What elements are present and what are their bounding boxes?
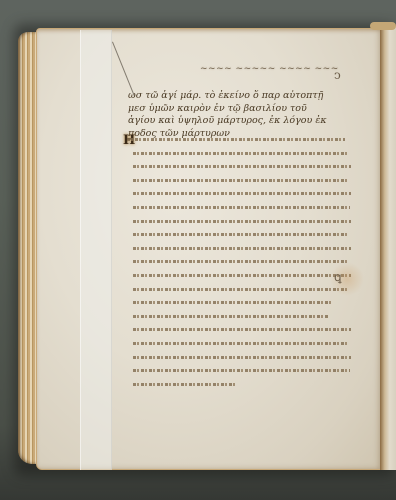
text-line — [133, 352, 353, 366]
next-page-corner — [370, 22, 396, 30]
text-line — [133, 284, 353, 298]
title-line: ἁγίου καὶ ὑψηλοῦ μάρτυρος, ἐκ λόγου ἐκ — [128, 115, 352, 128]
text-line — [133, 175, 353, 189]
text-line — [133, 202, 353, 216]
title-line: μεσ ὑμῶν καιρὸν ἐν τῷ βασιλίου τοῦ — [128, 103, 352, 116]
text-line — [133, 365, 353, 379]
text-line — [133, 243, 353, 257]
running-heading: ~~~~ ~~~~~ ~~~~ ~~~ ~ — [200, 64, 340, 74]
text-line — [133, 148, 353, 162]
text-line — [133, 229, 353, 243]
title-block: ωσ τῶ ἁγί μάρ. τὸ ἐκείνο ὅ παρ αὐτοπτῇ μ… — [128, 90, 352, 140]
text-line — [133, 216, 353, 230]
heading-ornament-icon: ↄ — [334, 68, 341, 82]
text-line — [133, 161, 353, 175]
text-line — [133, 379, 353, 393]
text-line — [133, 324, 353, 338]
text-line — [133, 338, 353, 352]
text-line — [133, 188, 353, 202]
text-line — [133, 297, 353, 311]
marginal-mark-icon: ꝗ — [334, 270, 354, 288]
binding-gutter — [380, 26, 396, 470]
text-line — [133, 134, 353, 148]
title-line: ωσ τῶ ἁγί μάρ. τὸ ἐκείνο ὅ παρ αὐτοπτῇ — [128, 90, 352, 103]
body-text-block — [133, 134, 353, 392]
text-line — [133, 311, 353, 325]
text-line — [133, 270, 353, 284]
text-line — [133, 256, 353, 270]
repair-tape — [80, 30, 112, 470]
